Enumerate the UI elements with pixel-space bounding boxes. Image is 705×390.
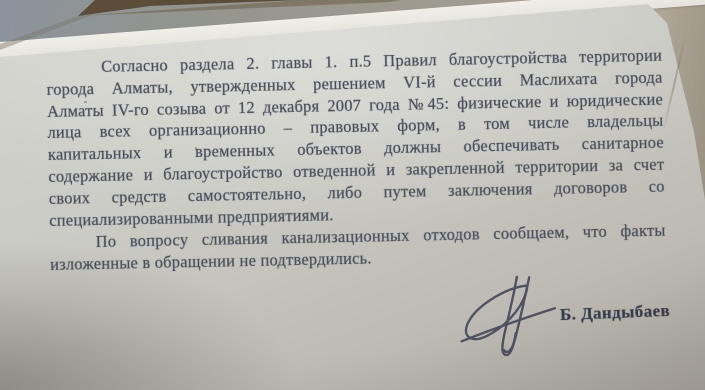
- signature-scribble: [457, 274, 564, 358]
- document-text: Согласно раздела 2. главы 1. п.5 Правил …: [46, 45, 666, 276]
- document-photo: Согласно раздела 2. главы 1. п.5 Правил …: [0, 0, 705, 390]
- paragraph-1: Согласно раздела 2. главы 1. п.5 Правил …: [46, 45, 665, 232]
- signature-name: Б. Дандыбаев: [560, 301, 671, 325]
